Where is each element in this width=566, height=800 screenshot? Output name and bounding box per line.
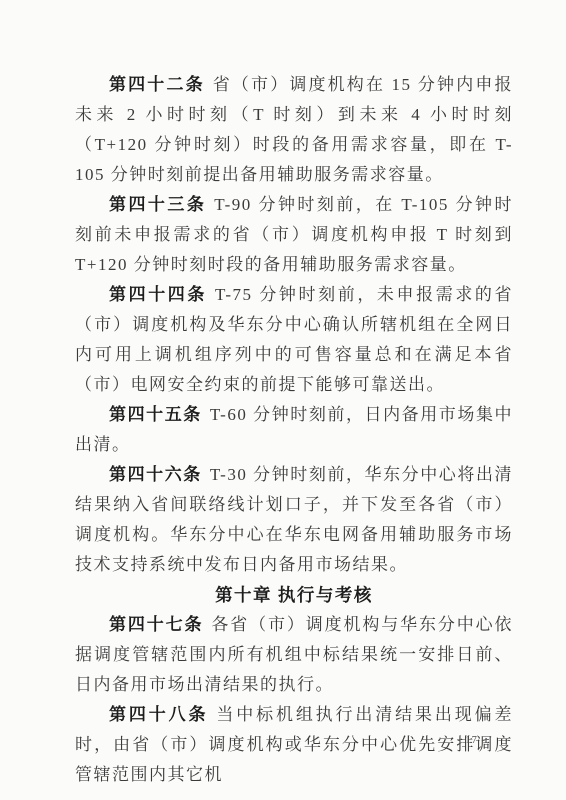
paragraph-article-44: 第四十四条T-75 分钟时刻前，未申报需求的省（市）调度机构及华东分中心确认所辖…	[75, 280, 513, 400]
paragraph-article-43: 第四十三条T-90 分钟时刻前，在 T-105 分钟时刻前未申报需求的省（市）调…	[75, 190, 513, 280]
article-45-number: 第四十五条	[109, 405, 202, 424]
article-48-number: 第四十八条	[109, 705, 208, 724]
paragraph-article-42: 第四十二条省（市）调度机构在 15 分钟内申报未来 2 小时时刻（T 时刻）到未…	[75, 70, 513, 190]
paragraph-article-48: 第四十八条当中标机组执行出清结果出现偏差时，由省（市）调度机构或华东分中心优先安…	[75, 700, 513, 790]
article-44-number: 第四十四条	[109, 285, 207, 304]
article-47-number: 第四十七条	[109, 615, 203, 634]
paragraph-article-45: 第四十五条T-60 分钟时刻前，日内备用市场集中出清。	[75, 400, 513, 460]
page-number: - 17 -	[457, 735, 486, 746]
article-43-number: 第四十三条	[109, 195, 206, 214]
document-body: 第四十二条省（市）调度机构在 15 分钟内申报未来 2 小时时刻（T 时刻）到未…	[75, 70, 513, 790]
paragraph-article-47: 第四十七条各省（市）调度机构与华东分中心依据调度管辖范围内所有机组中标结果统一安…	[75, 610, 513, 700]
chapter-heading: 第十章 执行与考核	[75, 580, 513, 610]
paragraph-article-46: 第四十六条T-30 分钟时刻前，华东分中心将出清结果纳入省间联络线计划口子，并下…	[75, 460, 513, 580]
article-46-number: 第四十六条	[109, 465, 202, 484]
document-page: 第四十二条省（市）调度机构在 15 分钟内申报未来 2 小时时刻（T 时刻）到未…	[0, 0, 566, 800]
article-42-number: 第四十二条	[109, 75, 205, 94]
